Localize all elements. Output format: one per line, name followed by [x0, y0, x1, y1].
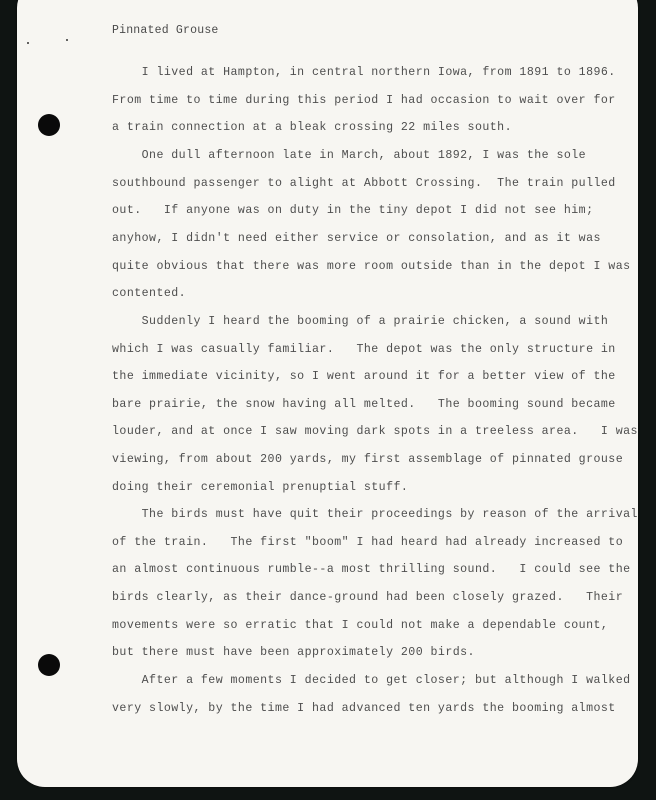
typewritten-page	[17, 0, 638, 787]
text-line: southbound passenger to alight at Abbott…	[112, 177, 616, 190]
text-line: a train connection at a bleak crossing 2…	[112, 121, 512, 134]
paper-speck	[66, 39, 68, 41]
text-line: of the train. The first "boom" I had hea…	[112, 536, 623, 549]
text-line: I lived at Hampton, in central northern …	[112, 66, 616, 79]
text-line: After a few moments I decided to get clo…	[112, 674, 631, 687]
text-line: an almost continuous rumble--a most thri…	[112, 563, 631, 576]
text-line: which I was casually familiar. The depot…	[112, 343, 616, 356]
text-line: birds clearly, as their dance-ground had…	[112, 591, 623, 604]
text-line: viewing, from about 200 yards, my first …	[112, 453, 623, 466]
text-line: louder, and at once I saw moving dark sp…	[112, 425, 638, 438]
text-line: The birds must have quit their proceedin…	[112, 508, 638, 521]
text-line: contented.	[112, 287, 186, 300]
text-line: From time to time during this period I h…	[112, 94, 616, 107]
text-line: out. If anyone was on duty in the tiny d…	[112, 204, 593, 217]
text-line: movements were so erratic that I could n…	[112, 619, 608, 632]
text-line: bare prairie, the snow having all melted…	[112, 398, 616, 411]
binder-hole-bottom	[38, 654, 60, 676]
paper-speck	[27, 42, 29, 44]
text-line: very slowly, by the time I had advanced …	[112, 702, 616, 715]
text-line: doing their ceremonial prenuptial stuff.	[112, 481, 408, 494]
text-line: One dull afternoon late in March, about …	[112, 149, 586, 162]
text-line: the immediate vicinity, so I went around…	[112, 370, 616, 383]
page-title: Pinnated Grouse	[112, 24, 219, 37]
text-line: but there must have been approximately 2…	[112, 646, 475, 659]
text-line: Suddenly I heard the booming of a prairi…	[112, 315, 608, 328]
binder-hole-top	[38, 114, 60, 136]
text-line: quite obvious that there was more room o…	[112, 260, 631, 273]
text-line: anyhow, I didn't need either service or …	[112, 232, 601, 245]
